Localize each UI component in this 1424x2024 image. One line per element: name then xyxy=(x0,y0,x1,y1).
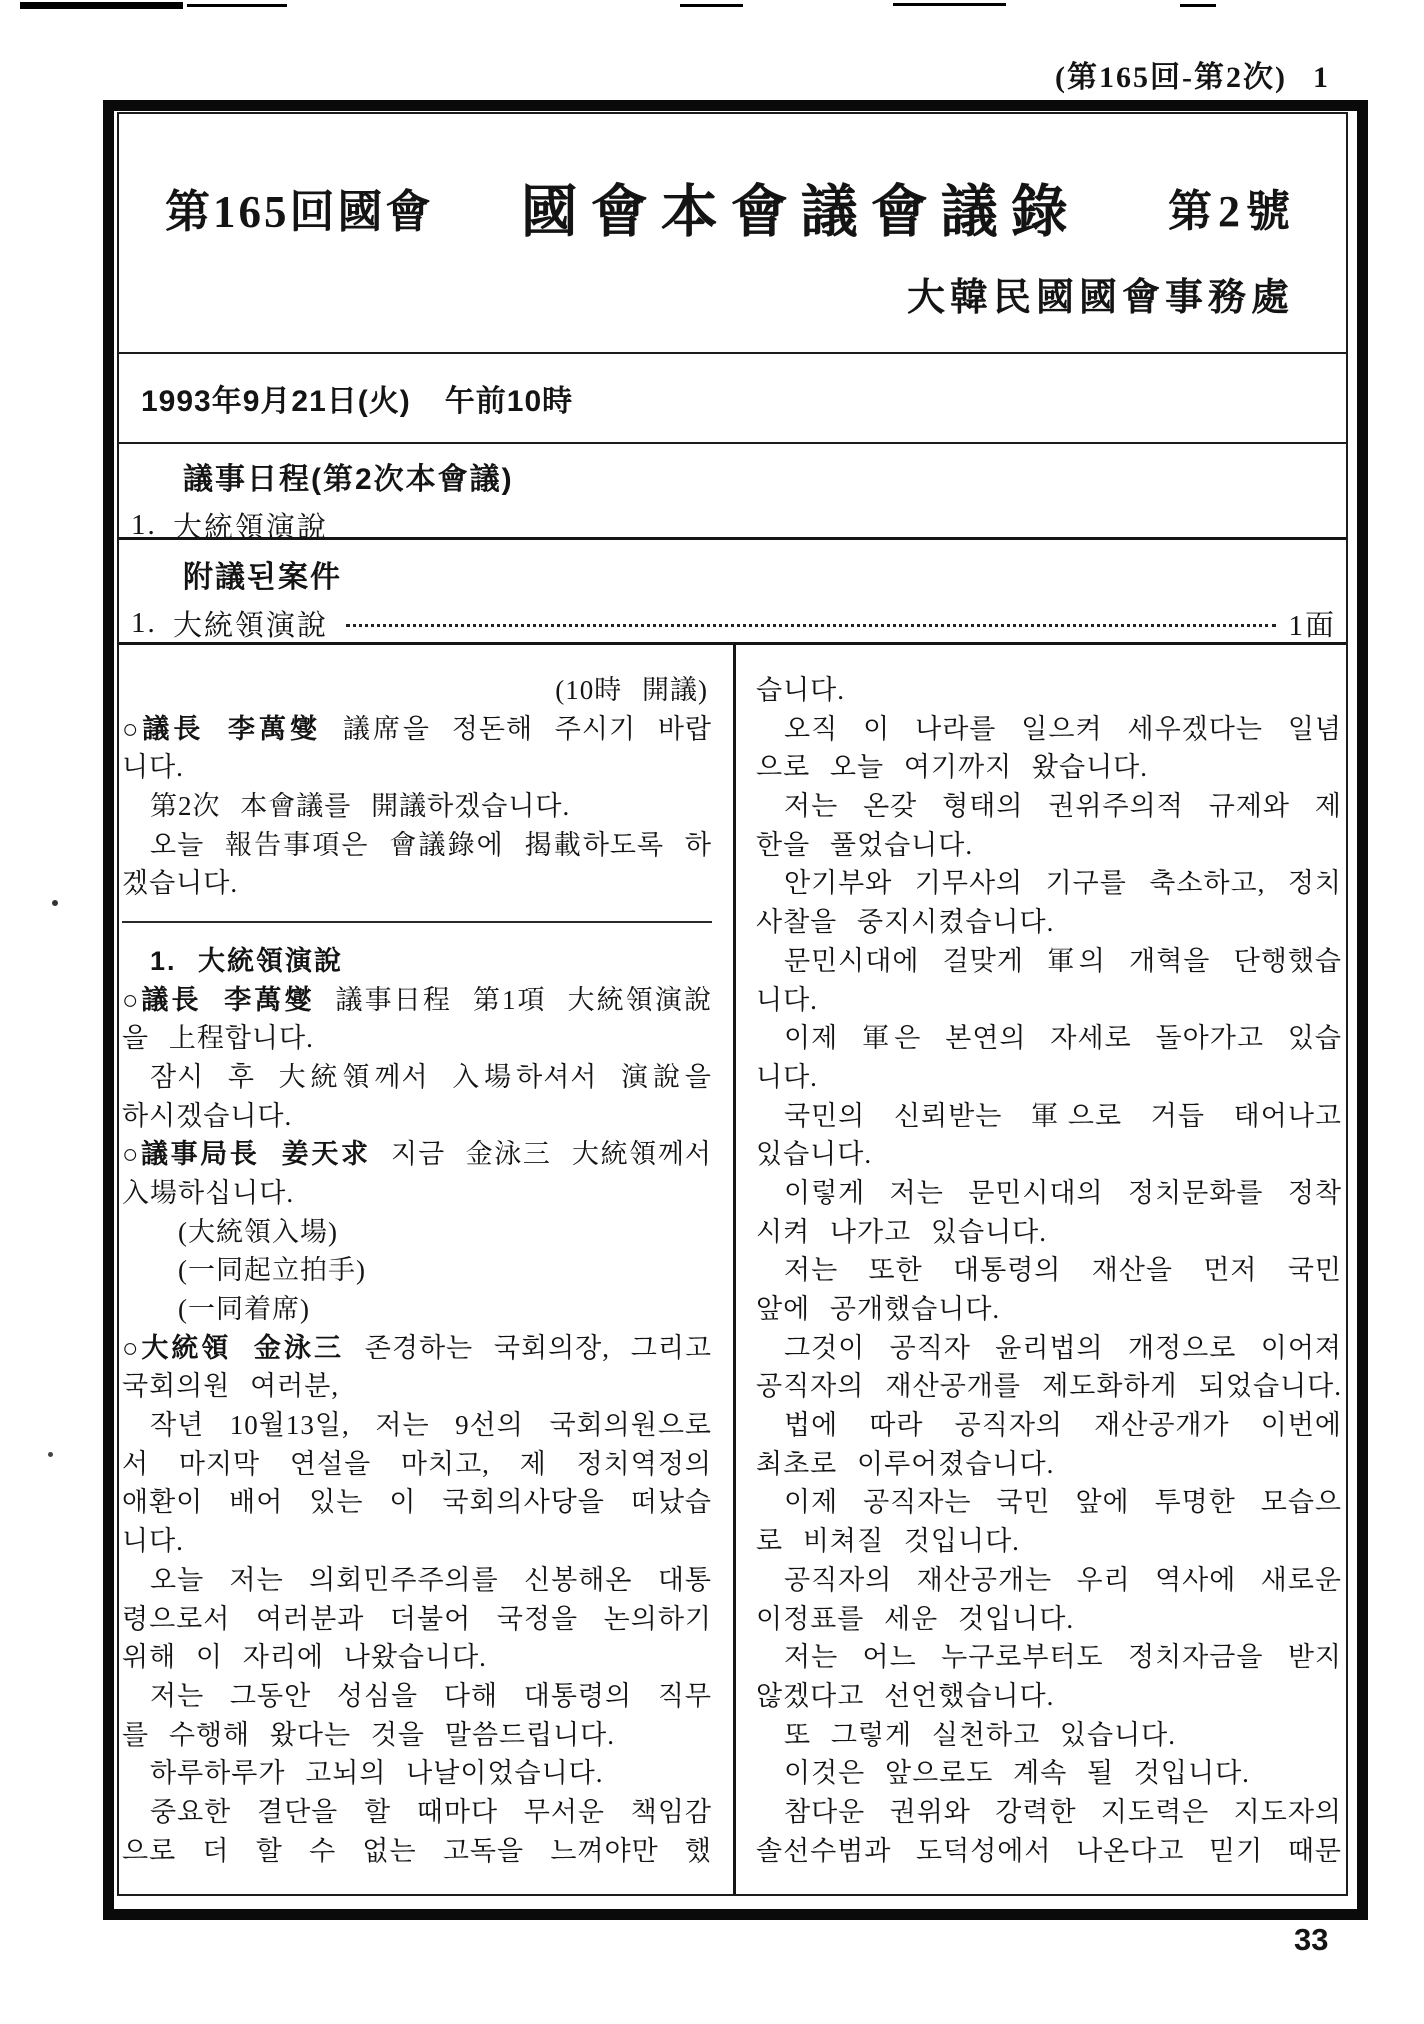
motions-heading: 附議된案件 xyxy=(183,552,1346,596)
transcript-line: 참다운 권위와 강력한 지도력은 지도자의 xyxy=(756,1793,1342,1832)
transcript-line: 하시겠습니다. xyxy=(122,1097,712,1136)
transcript-line: 오늘 報告事項은 會議錄에 揭載하도록 하 xyxy=(122,826,712,865)
transcript-line: 서 마지막 연설을 마치고, 제 정치역정의 xyxy=(122,1445,712,1484)
scan-artifact xyxy=(187,4,287,7)
speaker-name: ○大統領 金泳三 xyxy=(122,1333,344,1363)
transcript-line: 니다. xyxy=(756,981,1342,1020)
transcript-line: 위해 이 자리에 나왔습니다. xyxy=(122,1638,712,1677)
scan-artifact xyxy=(52,900,58,906)
motions-item-title: 大統領演說 xyxy=(173,603,328,644)
transcript-line: 니다. xyxy=(122,1522,712,1561)
transcript-line: 니다. xyxy=(756,1058,1342,1097)
transcript-line: ○議長 李萬燮 議席을 정돈해 주시기 바랍 xyxy=(122,710,712,749)
running-header-page-number: 1 xyxy=(1313,61,1330,95)
transcript-line: 솔선수범과 도덕성에서 나온다고 믿기 때문 xyxy=(756,1832,1342,1871)
transcript-line: 국민의 신뢰받는 軍으로 거듭 태어나고 xyxy=(756,1097,1342,1136)
speaker-name: ○議事局長 姜天求 xyxy=(122,1139,371,1169)
scan-artifact xyxy=(680,4,743,7)
transcript-line: 문민시대에 걸맞게 軍의 개혁을 단행했습 xyxy=(756,942,1342,981)
running-header-issue: (第165回-第2次) xyxy=(1055,52,1287,96)
transcript-line: 습니다. xyxy=(756,671,1342,710)
transcript-line: 이정표를 세운 것입니다. xyxy=(756,1600,1342,1639)
transcript-line: 오늘 저는 의회민주주의를 신봉해온 대통 xyxy=(122,1561,712,1600)
motions-item-page-ref: 1面 xyxy=(1288,603,1346,644)
transcript-body: (10時 開議)○議長 李萬燮 議席을 정돈해 주시기 바랍니다.第2次 本會議… xyxy=(119,642,1346,1894)
transcript-line: 으로 오늘 여기까지 왔습니다. xyxy=(756,748,1342,787)
transcript-line: (一同起立拍手) xyxy=(122,1251,712,1290)
agenda-section: 議事日程(第2次本會議) 1. 大統領演說 xyxy=(119,442,1346,537)
transcript-line: 령으로서 여러분과 더불어 국정을 논의하기 xyxy=(122,1600,712,1639)
transcript-line: 잠시 후 大統領께서 入場하셔서 演說을 xyxy=(122,1058,712,1097)
session-number: 第165回國會 xyxy=(165,175,434,240)
speaker-name: ○議長 李萬燮 xyxy=(122,985,315,1015)
page-inner-frame: 第165回國會 國會本會議會議錄 第2號 大韓民國國會事務處 1993年9月21… xyxy=(117,112,1348,1896)
session-time: 午前10時 xyxy=(445,376,573,420)
transcript-line: 저는 어느 누구로부터도 정치자금을 받지 xyxy=(756,1638,1342,1677)
transcript-line: 저는 그동안 성심을 다해 대통령의 직무 xyxy=(122,1677,712,1716)
transcript-line: (一同着席) xyxy=(122,1290,712,1329)
transcript-line: 니다. xyxy=(122,748,712,787)
transcript-line: 第2次 本會議를 開議하겠습니다. xyxy=(122,787,712,826)
transcript-line: ○議長 李萬燮 議事日程 第1項 大統領演說 xyxy=(122,981,712,1020)
running-header: (第165回-第2次) 1 xyxy=(1055,52,1330,96)
transcript-line: 이제 軍은 본연의 자세로 돌아가고 있습 xyxy=(756,1019,1342,1058)
transcript-line: 국회의원 여러분, xyxy=(122,1367,712,1406)
scan-artifact xyxy=(20,2,183,9)
transcript-right-column: 습니다.오직 이 나라를 일으켜 세우겠다는 일념으로 오늘 여기까지 왔습니다… xyxy=(756,645,1342,1894)
transcript-line: 한을 풀었습니다. xyxy=(756,826,1342,865)
dot-leader xyxy=(346,624,1276,627)
transcript-line: 를 수행해 왔다는 것을 말씀드립니다. xyxy=(122,1716,712,1755)
transcript-line: 사찰을 중지시켰습니다. xyxy=(756,903,1342,942)
transcript-line: 최초로 이루어졌습니다. xyxy=(756,1445,1342,1484)
transcript-line: 그것이 공직자 윤리법의 개정으로 이어져 xyxy=(756,1329,1342,1368)
column-divider xyxy=(733,645,736,1894)
publisher: 大韓民國國會事務處 xyxy=(165,266,1296,321)
separator-rule-line xyxy=(122,921,712,923)
issue-number: 第2號 xyxy=(1168,175,1296,239)
transcript-line: 을 上程합니다. xyxy=(122,1019,712,1058)
transcript-line: 이렇게 저는 문민시대의 정치문화를 정착 xyxy=(756,1174,1342,1213)
transcript-line: (大統領入場) xyxy=(122,1213,712,1252)
transcript-line: 않겠다고 선언했습니다. xyxy=(756,1677,1342,1716)
transcript-line: 이제 공직자는 국민 앞에 투명한 모습으 xyxy=(756,1483,1342,1522)
agenda-heading: 議事日程(第2次本會議) xyxy=(183,454,1346,498)
motions-item: 1. 大統領演說 1面 xyxy=(119,603,1346,644)
transcript-line: ○大統領 金泳三 존경하는 국회의장, 그리고 xyxy=(122,1329,712,1368)
section-separator-rule xyxy=(122,903,712,942)
transcript-line: 오직 이 나라를 일으켜 세우겠다는 일념 xyxy=(756,710,1342,749)
scan-artifact xyxy=(893,3,1006,6)
transcript-line: 저는 또한 대통령의 재산을 먼저 국민 xyxy=(756,1251,1342,1290)
transcript-line: 안기부와 기무사의 기구를 축소하고, 정치 xyxy=(756,864,1342,903)
transcript-line: 으로 더 할 수 없는 고독을 느껴야만 했 xyxy=(122,1832,712,1871)
session-datetime: 1993年9月21日(火) 午前10時 xyxy=(119,352,1346,442)
motions-item-number: 1. xyxy=(119,607,173,640)
transcript-line: 하루하루가 고뇌의 나날이었습니다. xyxy=(122,1754,712,1793)
transcript-line: 겠습니다. xyxy=(122,864,712,903)
transcript-line: 시켜 나가고 있습니다. xyxy=(756,1213,1342,1252)
transcript-line: 작년 10월13일, 저는 9선의 국회의원으로 xyxy=(122,1406,712,1445)
transcript-heading-line: 1. 大統領演說 xyxy=(122,942,712,981)
record-title: 國會本會議會議錄 xyxy=(521,166,1081,248)
transcript-line: 중요한 결단을 할 때마다 무서운 책임감 xyxy=(122,1793,712,1832)
transcript-line: 애환이 배어 있는 이 국회의사당을 떠났습 xyxy=(122,1483,712,1522)
scan-artifact xyxy=(48,1452,53,1457)
speaker-name: ○議長 李萬燮 xyxy=(122,714,321,744)
transcript-line: ○議事局長 姜天求 지금 金泳三 大統領께서 xyxy=(122,1135,712,1174)
transcript-line: 로 비쳐질 것입니다. xyxy=(756,1522,1342,1561)
transcript-line: 있습니다. xyxy=(756,1135,1342,1174)
transcript-line: 법에 따라 공직자의 재산공개가 이번에 xyxy=(756,1406,1342,1445)
motions-section: 附議된案件 1. 大統領演說 1面 xyxy=(119,537,1346,642)
transcript-left-column: (10時 開議)○議長 李萬燮 議席을 정돈해 주시기 바랍니다.第2次 本會議… xyxy=(122,645,712,1894)
transcript-line: 공직자의 재산공개는 우리 역사에 새로운 xyxy=(756,1561,1342,1600)
transcript-line: 앞에 공개했습니다. xyxy=(756,1290,1342,1329)
scanned-assembly-record-page: (第165回-第2次) 1 第165回國會 國會本會議會議錄 第2號 大韓民國國… xyxy=(0,0,1424,2024)
masthead: 第165回國會 國會本會議會議錄 第2號 大韓民國國會事務處 xyxy=(119,114,1346,352)
scan-artifact xyxy=(1180,4,1216,7)
transcript-line: 공직자의 재산공개를 제도화하게 되었습니다. xyxy=(756,1367,1342,1406)
session-date: 1993年9月21日(火) xyxy=(141,376,411,420)
transcript-line: 入場하십니다. xyxy=(122,1174,712,1213)
transcript-line: 저는 온갖 형태의 권위주의적 규제와 제 xyxy=(756,787,1342,826)
footer-page-number: 33 xyxy=(1294,1922,1328,1958)
transcript-line: 또 그렇게 실천하고 있습니다. xyxy=(756,1716,1342,1755)
transcript-line: 이것은 앞으로도 계속 될 것입니다. xyxy=(756,1754,1342,1793)
masthead-title-row: 第165回國會 國會本會議會議錄 第2號 xyxy=(165,166,1296,248)
transcript-line: (10時 開議) xyxy=(122,671,712,710)
